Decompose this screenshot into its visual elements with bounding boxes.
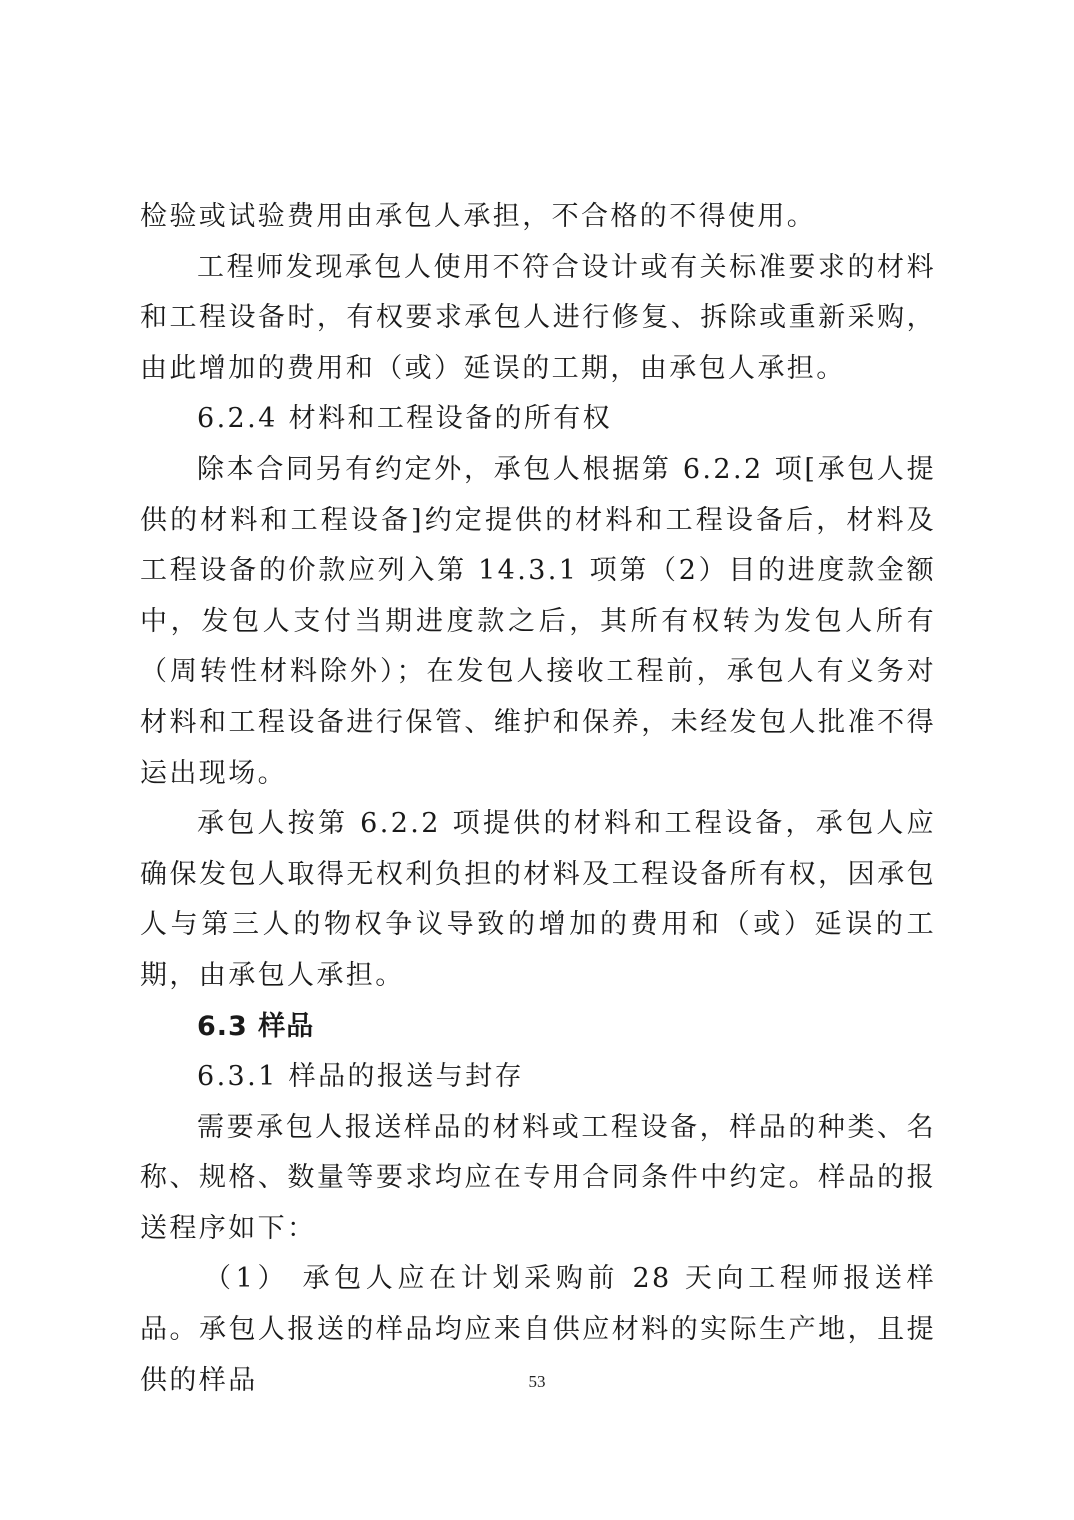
paragraph-continuation: 检验或试验费用由承包人承担，不合格的不得使用。 bbox=[140, 192, 936, 243]
section-heading-6-3: 6.3 样品 bbox=[140, 1002, 936, 1053]
paragraph-encumbrance: 承包人按第 6.2.2 项提供的材料和工程设备，承包人应确保发包人取得无权利负担… bbox=[140, 799, 936, 1001]
paragraph-ownership: 除本合同另有约定外，承包人根据第 6.2.2 项[承包人提供的材料和工程设备]约… bbox=[140, 445, 936, 799]
document-page: 检验或试验费用由承包人承担，不合格的不得使用。 工程师发现承包人使用不符合设计或… bbox=[140, 192, 936, 1406]
subheading-6-2-4: 6.2.4 材料和工程设备的所有权 bbox=[140, 394, 936, 445]
subheading-6-3-1: 6.3.1 样品的报送与封存 bbox=[140, 1052, 936, 1103]
paragraph-sample-requirements: 需要承包人报送样品的材料或工程设备，样品的种类、名称、规格、数量等要求均应在专用… bbox=[140, 1103, 936, 1255]
paragraph-engineer-inspection: 工程师发现承包人使用不符合设计或有关标准要求的材料和工程设备时，有权要求承包人进… bbox=[140, 243, 936, 395]
page-number: 53 bbox=[0, 1372, 1074, 1392]
